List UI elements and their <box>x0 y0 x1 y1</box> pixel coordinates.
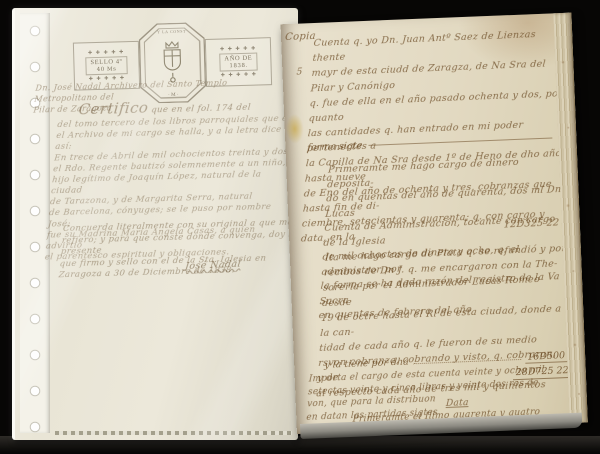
archival-photo-scene: ✚ ✚ ✚ ✚ ✚ SELLO 4º 40 Ms ✚ ✚ ✚ ✚ ✚ Y LA … <box>0 0 600 454</box>
leader-text: y la tiene por dha <box>324 356 409 370</box>
stamp-left-tab-inner: SELLO 4º 40 Ms <box>85 56 127 75</box>
data-section-word: Data <box>446 398 469 409</box>
amount-entry-1: 12D325 22 <box>504 217 560 230</box>
certificate-page: ✚ ✚ ✚ ✚ ✚ SELLO 4º 40 Ms ✚ ✚ ✚ ✚ ✚ Y LA … <box>30 12 300 431</box>
margin-number: 5 <box>296 67 303 77</box>
stamp-ornament-row: ✚ ✚ ✚ ✚ ✚ <box>88 50 124 56</box>
margin-note: Copia <box>285 31 316 43</box>
page-stain-left-margin <box>285 113 304 144</box>
forma-text: forma sigte <box>307 140 363 153</box>
stamp-year-label: AÑO DE <box>224 55 252 63</box>
left-document-sleeve: ✚ ✚ ✚ ✚ ✚ SELLO 4º 40 Ms ✚ ✚ ✚ ✚ ✚ Y LA … <box>12 8 298 440</box>
stamp-year-value: 1838. <box>224 62 252 69</box>
stamp-price-label: 40 Ms <box>91 66 123 73</box>
sleeve-weld-seam <box>55 431 292 435</box>
stamp-sello-label: SELLO 4º <box>90 58 122 66</box>
certifico-word: Certifico <box>78 99 149 119</box>
certificate-closing: Concuerda literalmente con su original a… <box>58 217 299 281</box>
stamp-right-tab-inner: AÑO DE 1838. <box>219 53 257 72</box>
right-manuscript-page: Copia 5 Cuenta q. yo Dn. Juan Antº Saez … <box>281 13 588 434</box>
certifico-rest: que en el fol. 174 del <box>148 103 252 116</box>
stamp-ornament-row: ✚ ✚ ✚ ✚ ✚ <box>220 46 256 52</box>
amount-entry-2: 16D500 <box>525 350 567 364</box>
